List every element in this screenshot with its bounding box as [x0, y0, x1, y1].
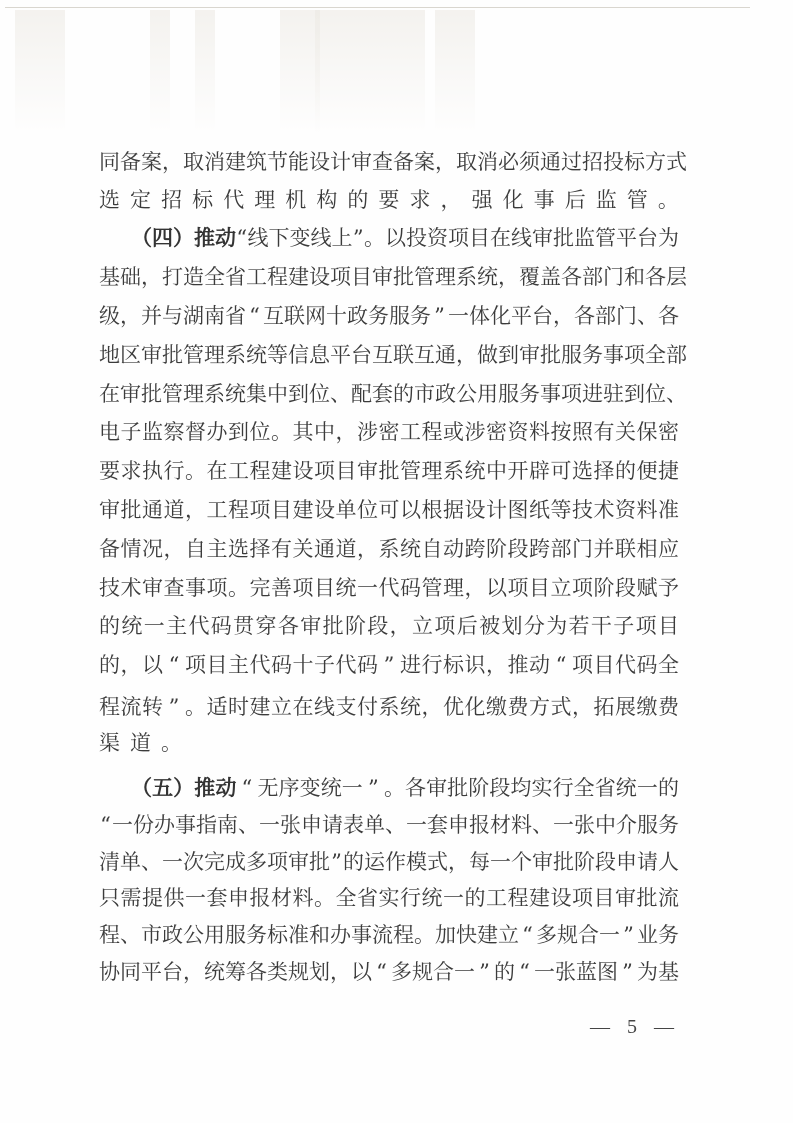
document-page: 同备案，取消建筑节能设计审查备案，取消必须通过招投标方式选定招标代理机构的要求，…: [0, 0, 793, 1123]
bleed-through-shadow: [195, 10, 215, 135]
bleed-through-shadow: [15, 10, 65, 135]
p-section-5-line: 清单、一次完成多项审批”的运作模式，每一个审批阶段申请人: [99, 850, 679, 874]
p-section-4-line: 审批通道，工程项目建设单位可以根据设计图纸等技术资料准: [99, 498, 679, 522]
p-section-4-line: 的，以“项目主代码十子代码”进行标识，推动“项目代码全: [99, 653, 679, 677]
page-number: — 5 —: [590, 1015, 680, 1039]
p-section-4-line: （四）推动“线下变线上”。以投资项目在线审批监管平台为: [131, 226, 679, 250]
p-section-4-line: 程流转”。适时建立在线支付系统，优化缴费方式，拓展缴费: [99, 695, 679, 719]
p-section-4-line: 技术审查事项。完善项目统一代码管理，以项目立项阶段赋予: [99, 576, 679, 600]
p-section-4-line: 的统一主代码贯穿各审批阶段，立项后被划分为若干子项目: [99, 614, 679, 638]
p-section-5-line: 只需提供一套申报材料。全省实行统一的工程建设项目审批流: [99, 886, 679, 910]
p-section-5-line: 协同平台，统筹各类规划，以“多规合一”的“一张蓝图”为基: [99, 960, 679, 984]
bleed-through-shadow: [150, 10, 170, 135]
p-section-4-line: 级，并与湖南省“互联网十政务服务”一体化平台，各部门、各: [99, 304, 679, 328]
p-section-4-line: 电子监察督办到位。其中，涉密工程或涉密资料按照有关保密: [99, 420, 679, 444]
bleed-through-shadow: [280, 10, 320, 135]
p-section-4-line: 地区审批管理系统等信息平台互联互通，做到审批服务事项全部: [99, 343, 679, 367]
p-section-4-line: 基础，打造全省工程建设项目审批管理系统，覆盖各部门和各层: [99, 265, 679, 289]
p-section-4-line: 要求执行。在工程建设项目审批管理系统中开辟可选择的便捷: [99, 459, 679, 483]
p-section-4-line: 渠道。: [99, 731, 679, 755]
p-section-5-line: “一份办事指南、一张申请表单、一套申报材料、一张中介服务: [99, 813, 679, 837]
bleed-through-shadow: [435, 10, 475, 135]
bleed-through-shadow: [315, 10, 425, 135]
scan-edge-line: [5, 7, 750, 8]
p-section-4-line: 在审批管理系统集中到位、配套的市政公用服务事项进驻到位、: [99, 382, 679, 406]
p-section-4-line: 备情况，自主选择有关通道，系统自动跨阶段跨部门并联相应: [99, 537, 679, 561]
p-continuation-line: 选定招标代理机构的要求，强化事后监管。: [99, 188, 679, 212]
p-section-5-line: （五）推动“无序变统一”。各审批阶段均实行全省统一的: [131, 776, 679, 800]
p-continuation-line: 同备案，取消建筑节能设计审查备案，取消必须通过招投标方式: [99, 150, 679, 174]
p-section-5-line: 程、市政公用服务标准和办事流程。加快建立“多规合一”业务: [99, 923, 679, 947]
